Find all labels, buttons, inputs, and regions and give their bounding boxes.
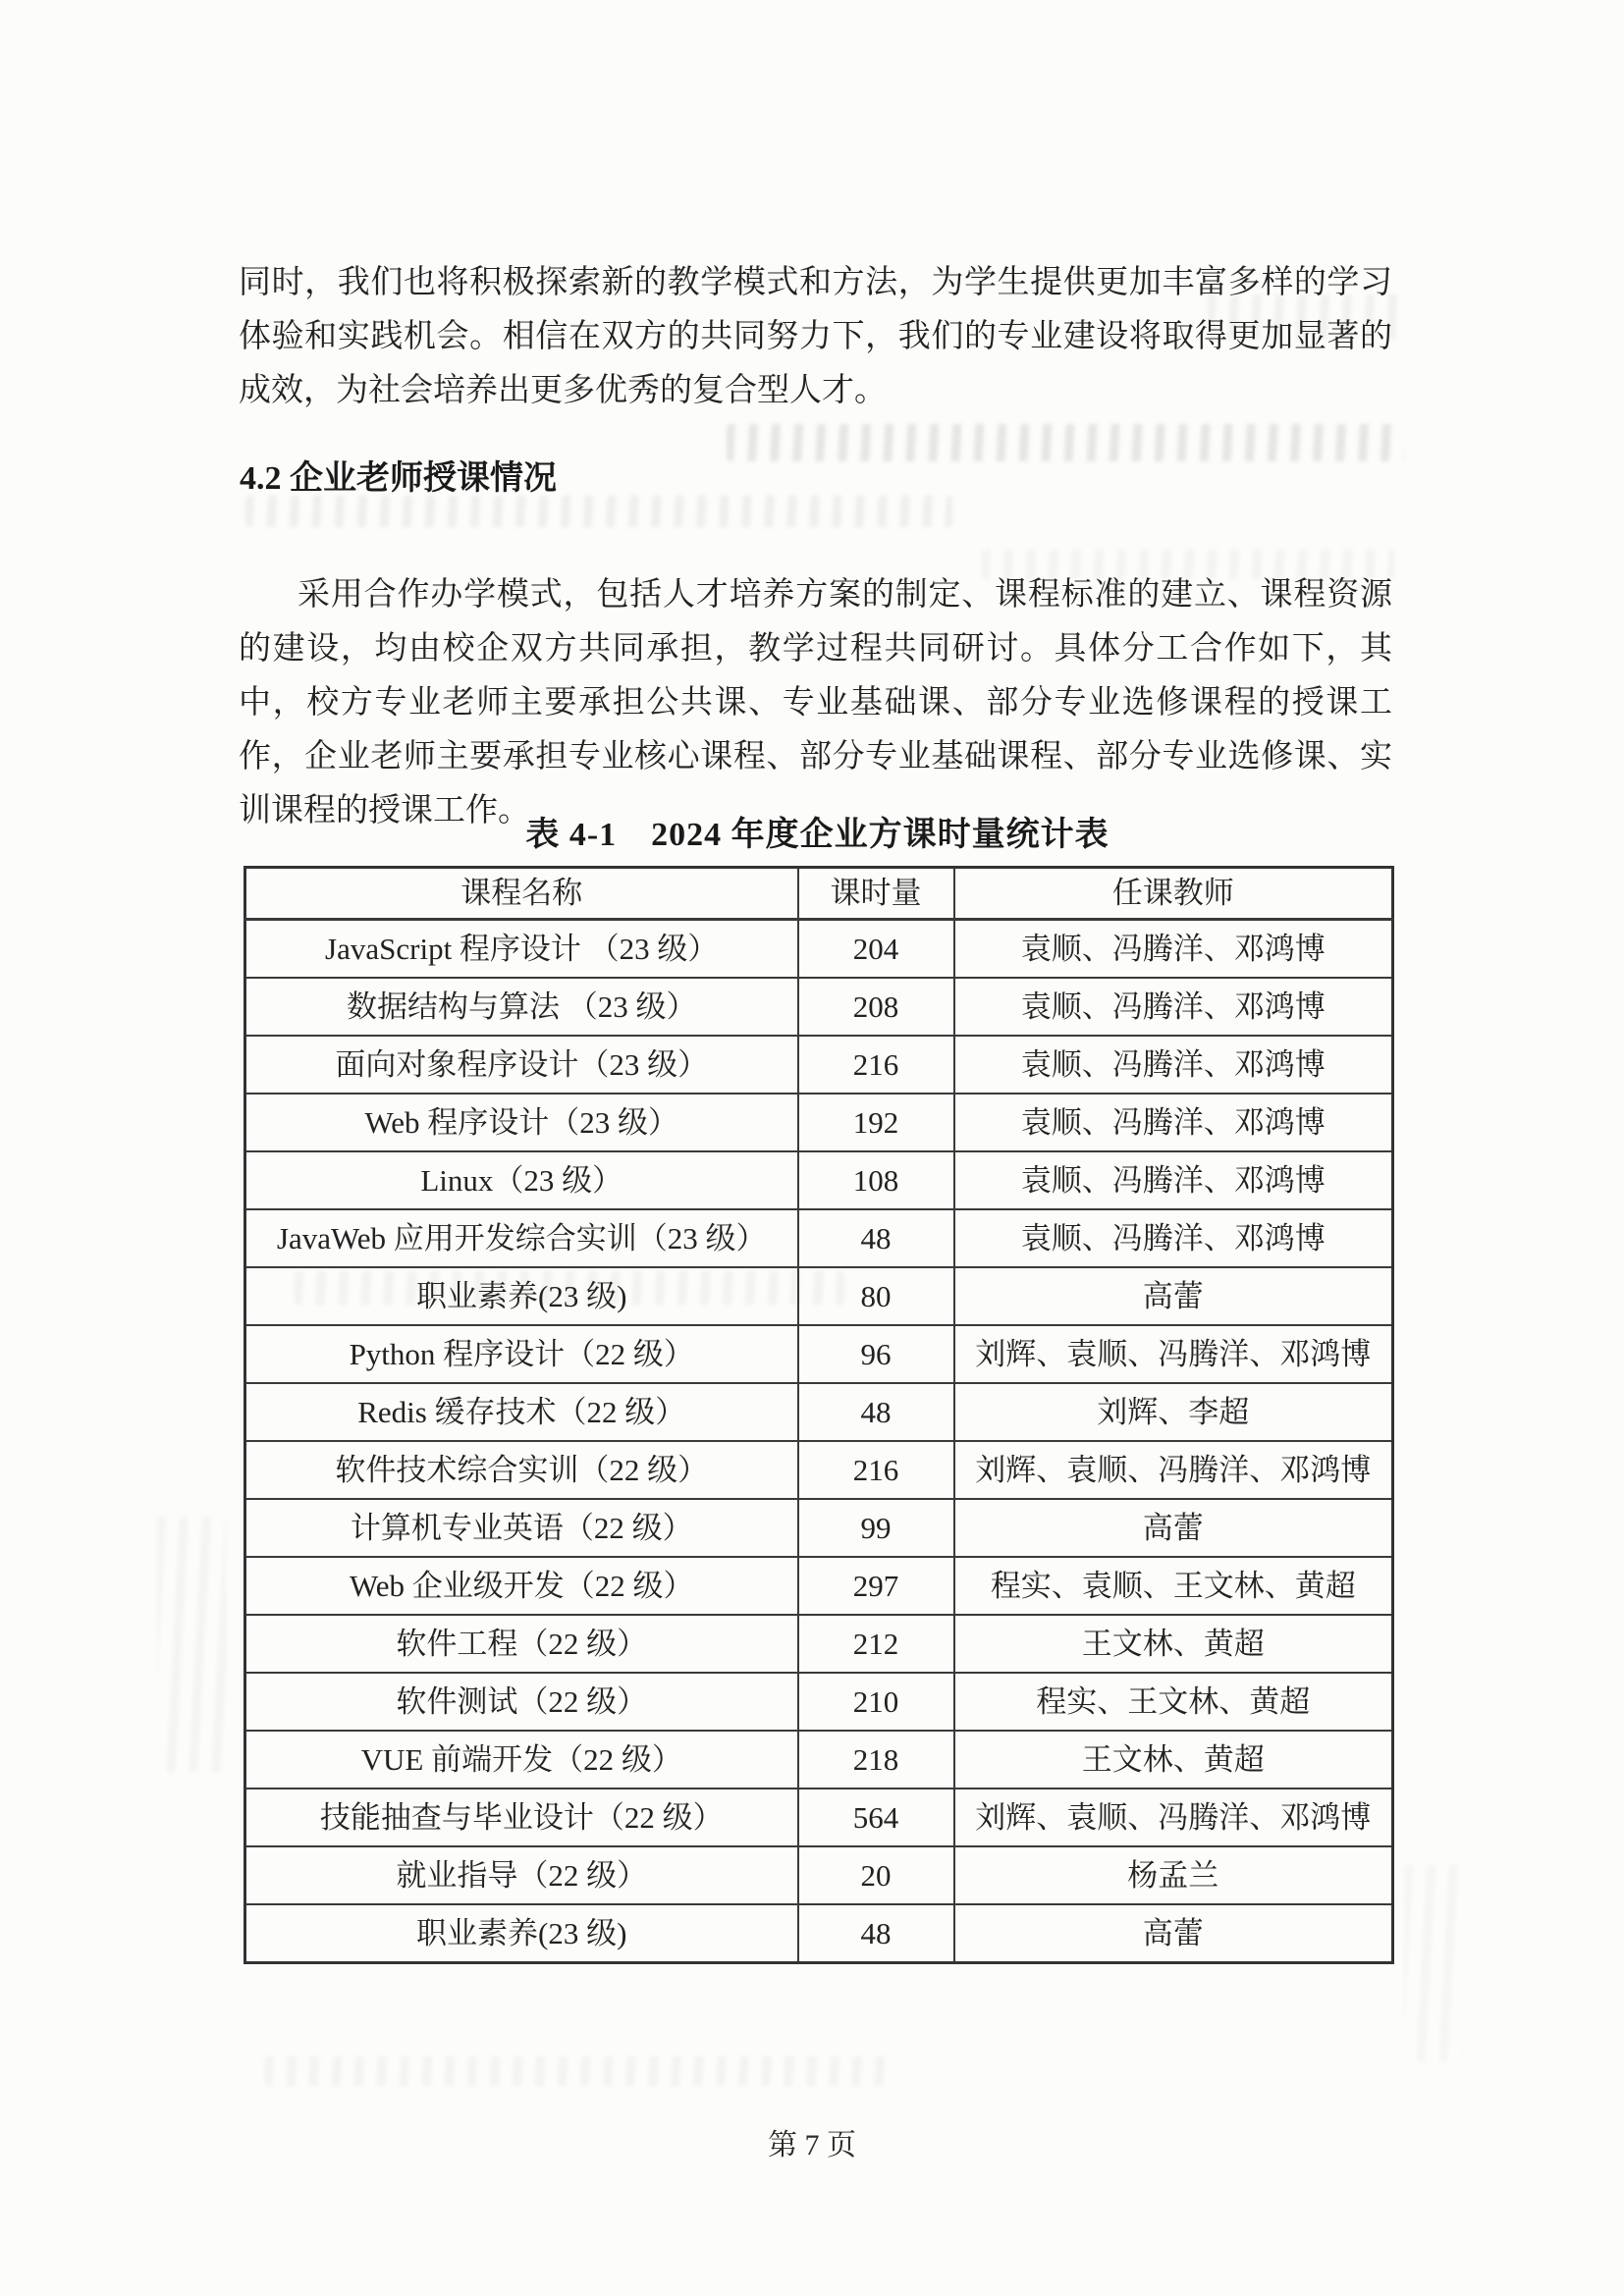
table-row: JavaWeb 应用开发综合实训（23 级）48袁顺、冯腾洋、邓鸿博	[245, 1209, 1393, 1267]
cell-course: 就业指导（22 级）	[245, 1846, 798, 1904]
cell-course: JavaWeb 应用开发综合实训（23 级）	[245, 1209, 798, 1267]
cell-teachers: 袁顺、冯腾洋、邓鸿博	[954, 1094, 1393, 1151]
table-row: JavaScript 程序设计 （23 级）204袁顺、冯腾洋、邓鸿博	[245, 920, 1393, 979]
cell-teachers: 刘辉、袁顺、冯腾洋、邓鸿博	[954, 1325, 1393, 1383]
table-row: Web 程序设计（23 级）192袁顺、冯腾洋、邓鸿博	[245, 1094, 1393, 1151]
cell-hours: 210	[798, 1673, 954, 1731]
cell-hours: 216	[798, 1441, 954, 1499]
cell-course: 软件技术综合实训（22 级）	[245, 1441, 798, 1499]
cell-course: 软件工程（22 级）	[245, 1615, 798, 1673]
paragraph-conclusion: 同时，我们也将积极探索新的教学模式和方法，为学生提供更加丰富多样的学习体验和实践…	[239, 256, 1392, 418]
cell-hours: 204	[798, 920, 954, 979]
scan-bleed-artifact	[157, 1517, 226, 1772]
table-caption: 表 4-1 2024 年度企业方课时量统计表	[244, 813, 1391, 858]
scanned-document-page: 同时，我们也将积极探索新的教学模式和方法，为学生提供更加丰富多样的学习体验和实践…	[0, 0, 1624, 2296]
table-row: 技能抽查与毕业设计（22 级）564刘辉、袁顺、冯腾洋、邓鸿博	[245, 1789, 1393, 1846]
scan-bleed-artifact	[245, 496, 952, 527]
cell-course: 职业素养(23 级)	[245, 1267, 798, 1325]
cell-teachers: 袁顺、冯腾洋、邓鸿博	[954, 978, 1393, 1036]
cell-teachers: 杨孟兰	[954, 1846, 1393, 1904]
cell-hours: 20	[798, 1846, 954, 1904]
cell-course: 软件测试（22 级）	[245, 1673, 798, 1731]
cell-teachers: 袁顺、冯腾洋、邓鸿博	[954, 1209, 1393, 1267]
cell-hours: 80	[798, 1267, 954, 1325]
table-row: 计算机专业英语（22 级）99高蕾	[245, 1499, 1393, 1557]
cell-hours: 99	[798, 1499, 954, 1557]
scan-bleed-artifact	[265, 2056, 893, 2086]
table-row: 数据结构与算法 （23 级）208袁顺、冯腾洋、邓鸿博	[245, 978, 1393, 1036]
cell-teachers: 高蕾	[954, 1267, 1393, 1325]
table-row: Python 程序设计（22 级）96刘辉、袁顺、冯腾洋、邓鸿博	[245, 1325, 1393, 1383]
cell-teachers: 程实、袁顺、王文林、黄超	[954, 1557, 1393, 1615]
cell-course: VUE 前端开发（22 级）	[245, 1731, 798, 1789]
cell-teachers: 王文林、黄超	[954, 1731, 1393, 1789]
cell-course: JavaScript 程序设计 （23 级）	[245, 920, 798, 979]
cell-hours: 108	[798, 1151, 954, 1209]
table-row: 职业素养(23 级)48高蕾	[245, 1904, 1393, 1963]
cell-teachers: 刘辉、袁顺、冯腾洋、邓鸿博	[954, 1441, 1393, 1499]
table-row: VUE 前端开发（22 级）218王文林、黄超	[245, 1731, 1393, 1789]
table-row: 软件测试（22 级）210程实、王文林、黄超	[245, 1673, 1393, 1731]
table-row: 职业素养(23 级)80高蕾	[245, 1267, 1393, 1325]
cell-hours: 48	[798, 1209, 954, 1267]
table-row: 就业指导（22 级）20杨孟兰	[245, 1846, 1393, 1904]
cell-teachers: 袁顺、冯腾洋、邓鸿博	[954, 1036, 1393, 1094]
cell-teachers: 袁顺、冯腾洋、邓鸿博	[954, 920, 1393, 979]
cell-hours: 48	[798, 1383, 954, 1441]
cell-course: Redis 缓存技术（22 级）	[245, 1383, 798, 1441]
table-header-row: 课程名称 课时量 任课教师	[245, 868, 1393, 920]
page-number: 第 7 页	[0, 2128, 1624, 2163]
cell-course: 面向对象程序设计（23 级）	[245, 1036, 798, 1094]
cell-teachers: 王文林、黄超	[954, 1615, 1393, 1673]
cell-teachers: 刘辉、李超	[954, 1383, 1393, 1441]
cell-hours: 208	[798, 978, 954, 1036]
cell-course: 技能抽查与毕业设计（22 级）	[245, 1789, 798, 1846]
cell-course: 数据结构与算法 （23 级）	[245, 978, 798, 1036]
table-row: 软件技术综合实训（22 级）216刘辉、袁顺、冯腾洋、邓鸿博	[245, 1441, 1393, 1499]
cell-course: Linux（23 级）	[245, 1151, 798, 1209]
cell-course: Web 企业级开发（22 级）	[245, 1557, 798, 1615]
cell-teachers: 程实、王文林、黄超	[954, 1673, 1393, 1731]
cell-hours: 192	[798, 1094, 954, 1151]
cell-hours: 212	[798, 1615, 954, 1673]
cell-hours: 218	[798, 1731, 954, 1789]
cell-teachers: 高蕾	[954, 1904, 1393, 1963]
table-row: Web 企业级开发（22 级）297程实、袁顺、王文林、黄超	[245, 1557, 1393, 1615]
scan-bleed-artifact	[727, 424, 1404, 461]
scan-bleed-artifact	[1404, 1865, 1463, 2061]
cell-course: Python 程序设计（22 级）	[245, 1325, 798, 1383]
column-header-course-name: 课程名称	[245, 868, 798, 920]
table-row: 面向对象程序设计（23 级）216袁顺、冯腾洋、邓鸿博	[245, 1036, 1393, 1094]
table-row: 软件工程（22 级）212王文林、黄超	[245, 1615, 1393, 1673]
cell-teachers: 袁顺、冯腾洋、邓鸿博	[954, 1151, 1393, 1209]
cell-hours: 96	[798, 1325, 954, 1383]
cell-hours: 297	[798, 1557, 954, 1615]
paragraph-cooperation-mode: 采用合作办学模式，包括人才培养方案的制定、课程标准的建立、课程资源的建设，均由校…	[239, 568, 1392, 838]
column-header-class-hours: 课时量	[798, 868, 954, 920]
cell-teachers: 高蕾	[954, 1499, 1393, 1557]
cell-course: 职业素养(23 级)	[245, 1904, 798, 1963]
course-hours-table: 课程名称 课时量 任课教师 JavaScript 程序设计 （23 级）204袁…	[244, 866, 1394, 1964]
section-heading: 4.2 企业老师授课情况	[240, 458, 557, 500]
table-row: Redis 缓存技术（22 级）48刘辉、李超	[245, 1383, 1393, 1441]
cell-course: Web 程序设计（23 级）	[245, 1094, 798, 1151]
cell-hours: 216	[798, 1036, 954, 1094]
cell-hours: 564	[798, 1789, 954, 1846]
cell-teachers: 刘辉、袁顺、冯腾洋、邓鸿博	[954, 1789, 1393, 1846]
table-row: Linux（23 级）108袁顺、冯腾洋、邓鸿博	[245, 1151, 1393, 1209]
cell-course: 计算机专业英语（22 级）	[245, 1499, 798, 1557]
column-header-teachers: 任课教师	[954, 868, 1393, 920]
cell-hours: 48	[798, 1904, 954, 1963]
